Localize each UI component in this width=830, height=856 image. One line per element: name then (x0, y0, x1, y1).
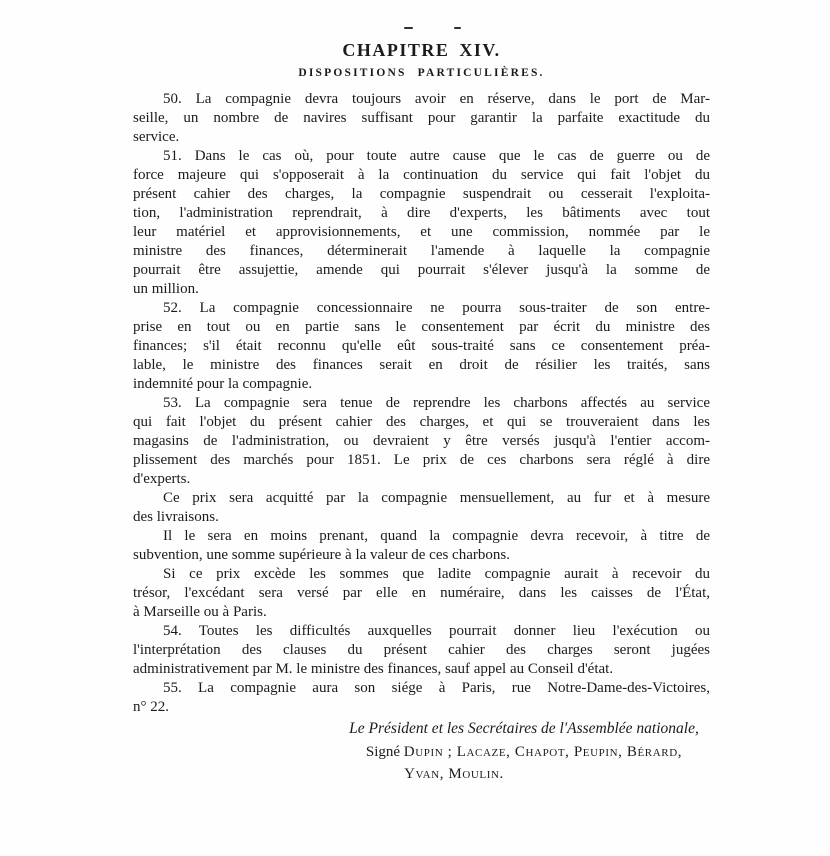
signed-label: Signé (366, 744, 400, 760)
text-line: trésor, l'excédant sera versé par elle e… (133, 584, 710, 603)
text-line: finances; s'il était reconnu qu'elle eût… (133, 337, 710, 356)
paragraph: 52. La compagnie concessionnaire ne pour… (133, 299, 710, 394)
signatories: Dupin ; Lacaze, Chapot, Peupin, Bérard, (404, 744, 682, 760)
section-subtitle: DISPOSITIONS PARTICULIÈRES. (133, 67, 710, 79)
text-line: un million. (133, 280, 710, 299)
text-line: leur matériel et approvisionnements, et … (133, 223, 710, 242)
paragraphs: 50. La compagnie devra toujours avoir en… (133, 90, 710, 717)
text-line: tion, l'administration reprendrait, à di… (133, 204, 710, 223)
text-line: seille, un nombre de navires suffisant p… (133, 109, 710, 128)
text-line: magasins de l'administration, ou devraie… (133, 432, 710, 451)
signature-role-line: Le Président et les Secrétaires de l'Ass… (338, 719, 710, 738)
text-line: 51. Dans le cas où, pour toute autre cau… (133, 147, 710, 166)
text-line: 55. La compagnie aura son siége à Paris,… (133, 679, 710, 698)
text-line: à Marseille ou à Paris. (133, 603, 710, 622)
text-line: force majeure qui s'opposerait à la cont… (133, 166, 710, 185)
text-line: 52. La compagnie concessionnaire ne pour… (133, 299, 710, 318)
text-line: présent cahier des charges, la compagnie… (133, 185, 710, 204)
text-line: 53. La compagnie sera tenue de reprendre… (133, 394, 710, 413)
paragraph: Il le sera en moins prenant, quand la co… (133, 527, 710, 565)
signatories-continued: Yvan, Moulin. (338, 765, 570, 784)
paragraph: Si ce prix excède les sommes que ladite … (133, 565, 710, 622)
text-line: subvention, une somme supérieure à la va… (133, 546, 710, 565)
text-line: Ce prix sera acquitté par la compagnie m… (133, 489, 710, 508)
text-line: lable, le ministre des finances serait e… (133, 356, 710, 375)
text-line: prise en tout ou en partie sans le conse… (133, 318, 710, 337)
signature-names-line: Signé Dupin ; Lacaze, Chapot, Peupin, Bé… (338, 743, 710, 762)
paragraph: 50. La compagnie devra toujours avoir en… (133, 90, 710, 147)
text-line: n° 22. (133, 698, 710, 717)
text-line: administrativement par M. le ministre de… (133, 660, 710, 679)
text-line: plissement des marchés pour 1851. Le pri… (133, 451, 710, 470)
paragraph: 54. Toutes les difficultés auxquelles po… (133, 622, 710, 679)
text-line: indemnité pour la compagnie. (133, 375, 710, 394)
text-line: pourrait être assujettie, amende qui pou… (133, 261, 710, 280)
text-line: l'interprétation des clauses du présent … (133, 641, 710, 660)
text-line: 54. Toutes les difficultés auxquelles po… (133, 622, 710, 641)
chapter-title: CHAPITRE XIV. (133, 40, 710, 61)
text-line: qui fait l'objet du présent cahier des c… (133, 413, 710, 432)
paragraph: 53. La compagnie sera tenue de reprendre… (133, 394, 710, 489)
paragraph: Ce prix sera acquitté par la compagnie m… (133, 489, 710, 527)
text-line: service. (133, 128, 710, 147)
text-line: des livraisons. (133, 508, 710, 527)
paragraph: 51. Dans le cas où, pour toute autre cau… (133, 147, 710, 299)
paragraph: 55. La compagnie aura son siége à Paris,… (133, 679, 710, 717)
document-page: CHAPITRE XIV. DISPOSITIONS PARTICULIÈRES… (0, 0, 830, 856)
text-line: Si ce prix excède les sommes que ladite … (133, 565, 710, 584)
text-line: Il le sera en moins prenant, quand la co… (133, 527, 710, 546)
text-line: d'experts. (133, 470, 710, 489)
text-block: CHAPITRE XIV. DISPOSITIONS PARTICULIÈRES… (133, 0, 710, 784)
signature-block: Le Président et les Secrétaires de l'Ass… (338, 719, 710, 784)
text-line: 50. La compagnie devra toujours avoir en… (133, 90, 710, 109)
text-line: ministre des finances, déterminerait l'a… (133, 242, 710, 261)
